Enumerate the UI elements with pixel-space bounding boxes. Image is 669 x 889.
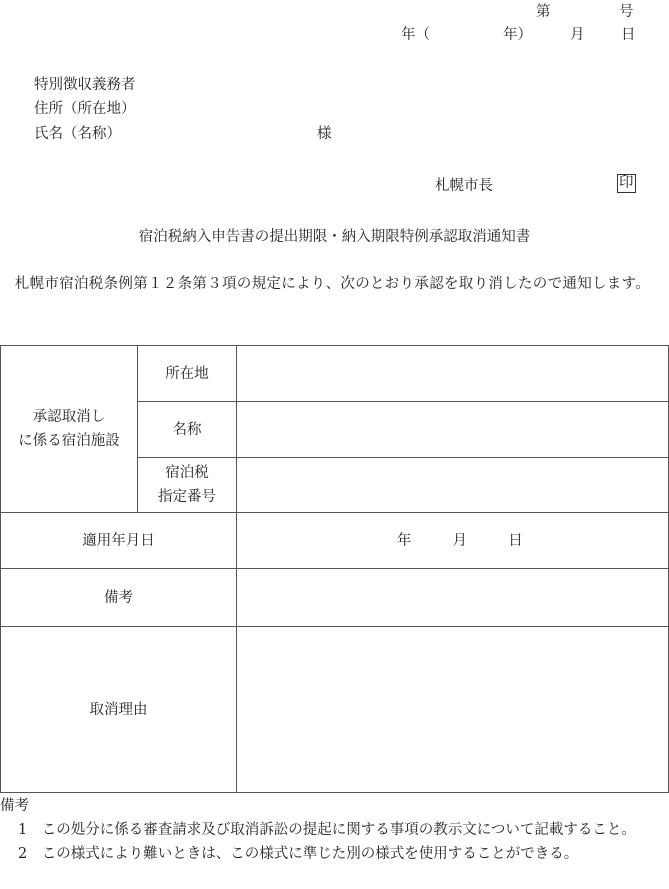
- date-month: 月: [570, 23, 585, 44]
- reason-label: 取消理由: [1, 627, 237, 793]
- addressee-role: 特別徴収義務者: [34, 73, 136, 94]
- addressee-address-label: 住所（所在地）: [34, 97, 136, 118]
- location-label: 所在地: [138, 346, 237, 402]
- date-era-year: 年（: [401, 23, 430, 44]
- date-day: 日: [621, 23, 636, 44]
- remarks-field[interactable]: [237, 569, 669, 627]
- document-title: 宿泊税納入申告書の提出期限・納入期限特例承認取消通知書: [0, 225, 669, 246]
- tax-id-label: 宿泊税 指定番号: [138, 458, 237, 513]
- body-text: 札幌市宿泊税条例第１２条第３項の規定により、次のとおり承認を取り消したので通知し…: [0, 272, 669, 296]
- facility-group-label: 承認取消し に係る宿泊施設: [1, 346, 138, 513]
- addressee-honorific: 様: [317, 122, 332, 143]
- effective-date-field[interactable]: 年 月 日: [237, 513, 669, 569]
- cancellation-form-table: 承認取消し に係る宿泊施設 所在地 名称 宿泊税 指定番号 適用年月日 年 月 …: [0, 345, 669, 793]
- document-number-suffix: 号: [619, 0, 634, 21]
- note-item-2: 2 この様式により難いときは、この様式に準じた別の様式を使用することができる。: [0, 842, 669, 866]
- effective-date-year: 年: [397, 533, 412, 549]
- effective-date-label: 適用年月日: [1, 513, 237, 569]
- issuer-name: 札幌市長: [435, 174, 493, 195]
- remarks-label: 備考: [1, 569, 237, 627]
- document-number-prefix: 第: [536, 0, 551, 21]
- location-field[interactable]: [237, 346, 669, 402]
- facility-group-label-line1: 承認取消し: [1, 405, 137, 429]
- reason-field[interactable]: [237, 627, 669, 793]
- date-western-year: 年）: [503, 23, 532, 44]
- notes-section: 備考 1 この処分に係る審査請求及び取消訴訟の提起に関する事項の教示文について記…: [0, 794, 669, 866]
- tax-id-label-line1: 宿泊税: [138, 461, 236, 485]
- facility-name-field[interactable]: [237, 402, 669, 458]
- note-item-1: 1 この処分に係る審査請求及び取消訴訟の提起に関する事項の教示文について記載する…: [0, 818, 669, 842]
- facility-name-label: 名称: [138, 402, 237, 458]
- tax-id-field[interactable]: [237, 458, 669, 513]
- notes-heading: 備考: [0, 794, 669, 818]
- facility-group-label-line2: に係る宿泊施設: [1, 429, 137, 453]
- tax-id-label-line2: 指定番号: [138, 485, 236, 509]
- addressee-name-label: 氏名（名称）: [34, 122, 121, 143]
- effective-date-month: 月: [453, 533, 468, 549]
- seal-icon: 印: [617, 174, 636, 193]
- effective-date-day: 日: [508, 533, 523, 549]
